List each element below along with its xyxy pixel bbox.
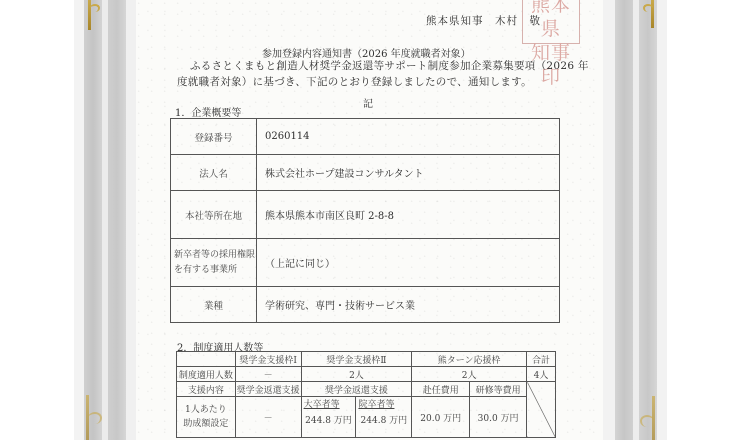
amount-graduate-school: 院卒者等 244.8 万円 [356,397,412,438]
value-industry: 学術研究、専門・技術サービス業 [257,287,560,323]
count-frame-1: － [235,367,301,382]
label-participant-count: 制度適用人数 [177,367,236,382]
frame-left [74,0,136,440]
value-hiring-office: （上記に同じ） [257,239,560,287]
participants-table: 奨学金支援枠Ⅰ 奨学金支援枠Ⅱ 熊ターン応援枠 合計 制度適用人数 － 2人 2… [176,351,556,438]
graduate-school-amount: 244.8 万円 [356,413,411,426]
value-registration-number: 0260114 [257,119,560,155]
support-frame-1: 奨学金返還支援 [235,382,301,397]
table-row-support-content: 支援内容 奨学金返還支援 奨学金返還支援 赴任費用 研修等費用 [177,382,556,397]
header-kuma-turn: 熊ターン応援枠 [412,352,527,367]
amount-training: 30.0 万円 [470,397,527,438]
value-corporate-name: 株式会社ホープ建設コンサルタント [257,155,560,191]
header-frame-2: 奨学金支援枠Ⅱ [301,352,412,367]
frame-right [603,0,667,440]
body-text-line-1: ふるさとくまもと創造人材奨学金返還等サポート制度参加企業募集要項（2026 年 [190,58,589,73]
label-corporate-name: 法人名 [171,155,257,191]
table-row-hiring-office: 新卒者等の採用権限を有する事業所 （上記に同じ） [171,239,560,287]
count-frame-2: 2人 [301,367,412,382]
table-header-row: 奨学金支援枠Ⅰ 奨学金支援枠Ⅱ 熊ターン応援枠 合計 [177,352,556,367]
table-row-participant-count: 制度適用人数 － 2人 2人 4人 [177,367,556,382]
university-graduates-label: 大卒者等 [302,397,356,410]
body-text-line-2: 度就職者対象）に基づき、下記のとおり登録しましたので、通知します。 [177,74,532,89]
gold-ornament-top-right-curl [643,4,653,12]
ki-marker: 記 [363,95,373,110]
label-subsidy-line-1: 1人あたり [177,403,235,417]
label-hiring-office: 新卒者等の採用権限を有する事業所 [171,239,257,287]
header-total: 合計 [527,352,556,367]
header-frame-1: 奨学金支援枠Ⅰ [235,352,301,367]
label-industry: 業種 [171,287,257,323]
table-row-corporate-name: 法人名 株式会社ホープ建設コンサルタント [171,155,560,191]
stamp-line-1: 熊本県 [523,0,579,41]
gold-ornament-bottom-left-curl [88,412,102,424]
table-row-registration-number: 登録番号 0260114 [171,119,560,155]
section-1-heading: 1．企業概要等 [175,104,241,119]
gold-ornament-top-left-curl [90,4,100,12]
amount-frame-1: － [235,397,301,438]
graduate-school-label: 院卒者等 [356,397,411,410]
university-graduates-amount: 244.8 万円 [302,413,356,426]
label-registration-number: 登録番号 [171,119,257,155]
official-seal-stamp: 熊本県 知事印 [522,0,580,44]
support-training: 研修等費用 [470,382,527,397]
support-relocation: 赴任費用 [412,382,470,397]
count-kuma-turn: 2人 [412,367,527,382]
label-subsidy-amount: 1人あたり 助成額設定 [177,397,236,438]
gold-ornament-bottom-right-curl [640,415,654,427]
count-total: 4人 [527,367,556,382]
support-frame-2: 奨学金返還支援 [301,382,412,397]
company-overview-table: 登録番号 0260114 法人名 株式会社ホープ建設コンサルタント 本社等所在地… [170,118,560,323]
table-row-head-office: 本社等所在地 熊本県熊本市南区良町 2-8-8 [171,191,560,239]
label-support-content: 支援内容 [177,382,236,397]
total-diagonal-cell [527,382,556,438]
label-subsidy-line-2: 助成額設定 [177,417,235,431]
header-empty [177,352,236,367]
label-head-office: 本社等所在地 [171,191,257,239]
value-head-office: 熊本県熊本市南区良町 2-8-8 [257,191,560,239]
amount-university-graduates: 大卒者等 244.8 万円 [301,397,356,438]
amount-relocation: 20.0 万円 [412,397,470,438]
table-row-industry: 業種 学術研究、専門・技術サービス業 [171,287,560,323]
table-row-subsidy-amount: 1人あたり 助成額設定 － 大卒者等 244.8 万円 院卒者等 244.8 万… [177,397,556,438]
